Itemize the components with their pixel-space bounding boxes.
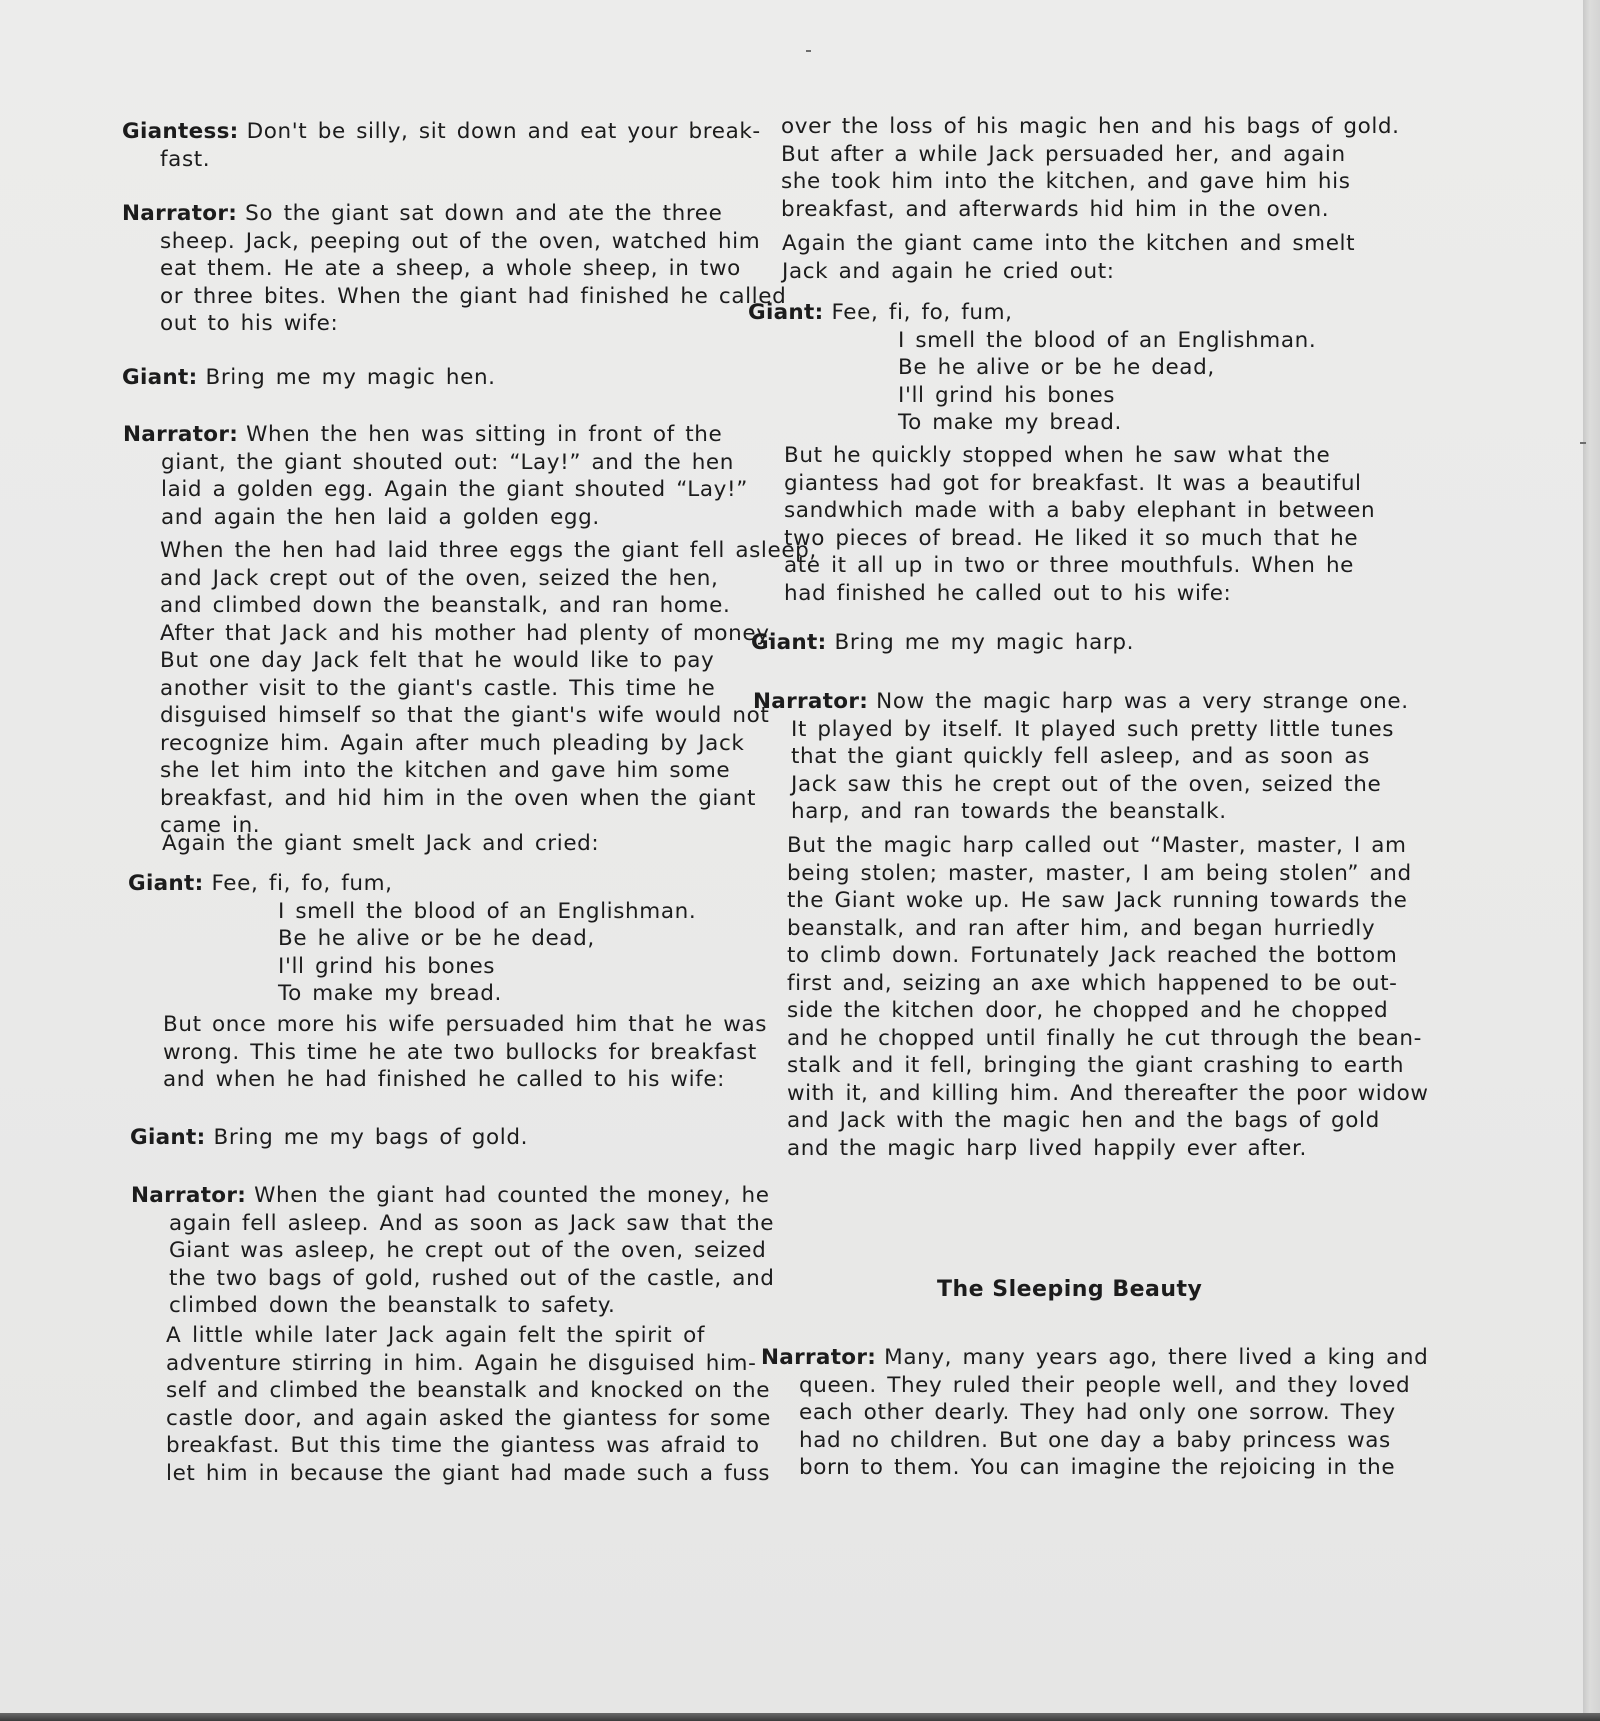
- verse-line: I'll grind his bones: [128, 953, 688, 981]
- text-line: Giant was asleep, he crept out of the ov…: [131, 1237, 704, 1265]
- line-text: and when he had finished he called to hi…: [163, 1067, 725, 1092]
- text-line: harp, and ran towards the beanstalk.: [753, 798, 1326, 826]
- line-text: and he chopped until finally he cut thro…: [787, 1026, 1422, 1051]
- line-text: laid a golden egg. Again the giant shout…: [161, 477, 748, 502]
- narration-paragraph: But he quickly stopped when he saw what …: [784, 442, 1321, 607]
- text-line: sheep. Jack, peeping out of the oven, wa…: [122, 228, 694, 256]
- text-line: Narrator:Now the magic harp was a very s…: [753, 688, 1326, 716]
- text-line: wrong. This time he ate two bullocks for…: [163, 1039, 702, 1067]
- line-text: After that Jack and his mother had plent…: [160, 621, 774, 646]
- line-text: climbed down the beanstalk to safety.: [169, 1293, 616, 1318]
- speaker-label: Narrator:: [122, 201, 237, 226]
- text-line: adventure stirring in him. Again he disg…: [166, 1350, 705, 1378]
- text-line: the two bags of gold, rushed out of the …: [131, 1265, 704, 1293]
- dialogue-block: Giant:Fee, fi, fo, fum,I smell the blood…: [128, 870, 688, 1008]
- line-text: But one day Jack felt that he would like…: [160, 648, 714, 673]
- text-line: Giant:Bring me my bags of gold.: [130, 1124, 690, 1152]
- text-line: and Jack with the magic hen and the bags…: [787, 1107, 1326, 1135]
- text-line: and Jack crept out of the oven, seized t…: [160, 565, 698, 593]
- narration-paragraph: A little while later Jack again felt the…: [166, 1322, 705, 1487]
- line-text: and the magic harp lived happily ever af…: [787, 1136, 1307, 1161]
- text-line: But once more his wife persuaded him tha…: [163, 1011, 702, 1039]
- line-text: giantess had got for breakfast. It was a…: [784, 471, 1362, 496]
- text-line: But after a while Jack persuaded her, an…: [781, 141, 1320, 169]
- line-text: So the giant sat down and ate the three: [245, 201, 722, 226]
- text-line: ate it all up in two or three mouthfuls.…: [784, 552, 1321, 580]
- text-line: the Giant woke up. He saw Jack running t…: [787, 887, 1326, 915]
- line-text: wrong. This time he ate two bullocks for…: [163, 1040, 757, 1065]
- line-text: to climb down. Fortunately Jack reached …: [787, 943, 1397, 968]
- line-text: When the hen had laid three eggs the gia…: [160, 538, 817, 563]
- narration-paragraph: Again the giant came into the kitchen an…: [782, 230, 1319, 285]
- line-text: But after a while Jack persuaded her, an…: [781, 142, 1346, 167]
- line-text: beanstalk, and ran after him, and began …: [787, 916, 1375, 941]
- verse-line: I smell the blood of an Englishman.: [128, 898, 688, 926]
- verse-line: To make my bread.: [128, 980, 688, 1008]
- text-line: But one day Jack felt that he would like…: [160, 647, 698, 675]
- text-line: disguised himself so that the giant's wi…: [160, 702, 698, 730]
- speaker-label: Narrator:: [131, 1183, 246, 1208]
- line-text: Again the giant came into the kitchen an…: [782, 231, 1355, 256]
- line-text: two pieces of bread. He liked it so much…: [784, 526, 1358, 551]
- line-text: disguised himself so that the giant's wi…: [160, 703, 769, 728]
- text-line: fast.: [122, 146, 694, 174]
- text-line: sandwhich made with a baby elephant in b…: [784, 497, 1321, 525]
- line-text: Bring me my bags of gold.: [214, 1125, 529, 1150]
- line-text: Again the giant smelt Jack and cried:: [162, 831, 599, 856]
- text-line: beanstalk, and ran after him, and began …: [787, 915, 1326, 943]
- text-line: again fell asleep. And as soon as Jack s…: [131, 1210, 704, 1238]
- line-text: fast.: [160, 147, 210, 172]
- verse-line: I'll grind his bones: [748, 382, 1308, 410]
- line-text: breakfast. But this time the giantess wa…: [166, 1433, 760, 1458]
- line-text: recognize him. Again after much pleading…: [160, 731, 744, 756]
- text-line: Giant:Fee, fi, fo, fum,: [748, 299, 1308, 327]
- speaker-label: Giantess:: [122, 119, 239, 144]
- line-text: harp, and ran towards the beanstalk.: [791, 799, 1227, 824]
- line-text: A little while later Jack again felt the…: [166, 1323, 705, 1348]
- line-text: and climbed down the beanstalk, and ran …: [160, 593, 730, 618]
- verse-line: I smell the blood of an Englishman.: [748, 327, 1308, 355]
- dialogue-block: Giant:Bring me my magic harp.: [751, 629, 1311, 657]
- verse-line: Be he alive or be he dead,: [128, 925, 688, 953]
- text-line: It played by itself. It played such pret…: [753, 716, 1326, 744]
- line-text: or three bites. When the giant had finis…: [160, 284, 786, 309]
- line-text: queen. They ruled their people well, and…: [799, 1373, 1410, 1398]
- line-text: and Jack crept out of the oven, seized t…: [160, 566, 718, 591]
- text-line: to climb down. Fortunately Jack reached …: [787, 942, 1326, 970]
- line-text: side the kitchen door, he chopped and he…: [787, 998, 1388, 1023]
- line-text: When the hen was sitting in front of the: [246, 422, 722, 447]
- text-line: laid a golden egg. Again the giant shout…: [123, 476, 695, 504]
- text-line: Giantess:Don't be silly, sit down and ea…: [122, 118, 694, 146]
- line-text: Now the magic harp was a very strange on…: [876, 689, 1408, 714]
- text-line: and the magic harp lived happily ever af…: [787, 1135, 1326, 1163]
- line-text: stalk and it fell, bringing the giant cr…: [787, 1053, 1404, 1078]
- narration-paragraph: over the loss of his magic hen and his b…: [781, 113, 1320, 223]
- line-text: the Giant woke up. He saw Jack running t…: [787, 888, 1407, 913]
- text-line: Giant:Bring me my magic hen.: [122, 364, 694, 392]
- line-text: Giant was asleep, he crept out of the ov…: [169, 1238, 766, 1263]
- line-text: Fee, fi, fo, fum,: [212, 871, 393, 896]
- speaker-label: Giant:: [122, 365, 198, 390]
- text-line: Narrator:When the hen was sitting in fro…: [123, 421, 695, 449]
- line-text: But once more his wife persuaded him tha…: [163, 1012, 767, 1037]
- text-line: first and, seizing an axe which happened…: [787, 970, 1326, 998]
- text-line: Giant:Fee, fi, fo, fum,: [128, 870, 688, 898]
- text-line: had no children. But one day a baby prin…: [761, 1427, 1331, 1455]
- text-line: and climbed down the beanstalk, and ran …: [160, 592, 698, 620]
- text-line: that the giant quickly fell asleep, and …: [753, 743, 1326, 771]
- speaker-label: Giant:: [751, 630, 827, 655]
- line-text: Bring me my magic harp.: [835, 630, 1135, 655]
- dialogue-block: Giant:Fee, fi, fo, fum,I smell the blood…: [748, 299, 1308, 437]
- line-text: breakfast, and afterwards hid him in the…: [781, 197, 1329, 222]
- dialogue-block: Narrator:Many, many years ago, there liv…: [761, 1344, 1331, 1482]
- line-text: Many, many years ago, there lived a king…: [884, 1345, 1428, 1370]
- text-line: queen. They ruled their people well, and…: [761, 1372, 1331, 1400]
- text-line: each other dearly. They had only one sor…: [761, 1399, 1331, 1427]
- text-line: and he chopped until finally he cut thro…: [787, 1025, 1326, 1053]
- text-line: she took him into the kitchen, and gave …: [781, 168, 1320, 196]
- speaker-label: Giant:: [128, 871, 204, 896]
- line-text: Jack and again he cried out:: [782, 259, 1115, 284]
- verse-line: Be he alive or be he dead,: [748, 354, 1308, 382]
- text-line: she let him into the kitchen and gave hi…: [160, 757, 698, 785]
- text-line: Jack and again he cried out:: [782, 258, 1319, 286]
- section-title: The Sleeping Beauty: [937, 1277, 1202, 1302]
- line-text: self and climbed the beanstalk and knock…: [166, 1378, 770, 1403]
- speck-mark: [1580, 442, 1586, 444]
- text-line: and again the hen laid a golden egg.: [123, 504, 695, 532]
- line-text: Jack saw this he crept out of the oven, …: [791, 772, 1381, 797]
- line-text: had finished he called out to his wife:: [784, 581, 1231, 606]
- line-text: It played by itself. It played such pret…: [791, 717, 1394, 742]
- line-text: Bring me my magic hen.: [206, 365, 496, 390]
- line-text: Don't be silly, sit down and eat your br…: [247, 119, 761, 144]
- text-line: Again the giant came into the kitchen an…: [782, 230, 1319, 258]
- text-line: born to them. You can imagine the rejoic…: [761, 1454, 1331, 1482]
- text-line: had finished he called out to his wife:: [784, 580, 1321, 608]
- text-line: Narrator:Many, many years ago, there liv…: [761, 1344, 1331, 1372]
- text-line: with it, and killing him. And thereafter…: [787, 1080, 1326, 1108]
- line-text: adventure stirring in him. Again he disg…: [166, 1351, 756, 1376]
- dialogue-block: Giant:Bring me my magic hen.: [122, 364, 694, 392]
- text-line: out to his wife:: [122, 310, 694, 338]
- line-text: giant, the giant shouted out: “Lay!” and…: [161, 450, 734, 475]
- line-text: with it, and killing him. And thereafter…: [787, 1081, 1429, 1106]
- text-line: Giant:Bring me my magic harp.: [751, 629, 1311, 657]
- line-text: let him in because the giant had made su…: [166, 1461, 770, 1486]
- page-edge-right: [1583, 0, 1600, 1721]
- text-line: But he quickly stopped when he saw what …: [784, 442, 1321, 470]
- narration-paragraph: Again the giant smelt Jack and cried:: [162, 830, 582, 858]
- line-text: being stolen; master, master, I am being…: [787, 861, 1412, 886]
- line-text: eat them. He ate a sheep, a whole sheep,…: [160, 256, 741, 281]
- text-line: stalk and it fell, bringing the giant cr…: [787, 1052, 1326, 1080]
- text-line: or three bites. When the giant had finis…: [122, 283, 694, 311]
- text-line: two pieces of bread. He liked it so much…: [784, 525, 1321, 553]
- line-text: sheep. Jack, peeping out of the oven, wa…: [160, 229, 760, 254]
- line-text: first and, seizing an axe which happened…: [787, 971, 1398, 996]
- text-line: another visit to the giant's castle. Thi…: [160, 675, 698, 703]
- line-text: born to them. You can imagine the rejoic…: [799, 1455, 1395, 1480]
- line-text: she let him into the kitchen and gave hi…: [160, 758, 730, 783]
- line-text: sandwhich made with a baby elephant in b…: [784, 498, 1375, 523]
- text-line: giant, the giant shouted out: “Lay!” and…: [123, 449, 695, 477]
- narration-paragraph: When the hen had laid three eggs the gia…: [160, 537, 698, 840]
- dialogue-block: Giantess:Don't be silly, sit down and ea…: [122, 118, 694, 173]
- text-line: castle door, and again asked the giantes…: [166, 1405, 705, 1433]
- verse-line: To make my bread.: [748, 409, 1308, 437]
- dialogue-block: Narrator:When the giant had counted the …: [131, 1182, 704, 1320]
- text-line: self and climbed the beanstalk and knock…: [166, 1377, 705, 1405]
- speaker-label: Narrator:: [761, 1345, 876, 1370]
- text-line: But the magic harp called out “Master, m…: [787, 832, 1326, 860]
- speaker-label: Giant:: [748, 300, 824, 325]
- line-text: Fee, fi, fo, fum,: [832, 300, 1013, 325]
- text-line: breakfast, and hid him in the oven when …: [160, 785, 698, 813]
- text-line: let him in because the giant had made su…: [166, 1460, 705, 1488]
- line-text: But the magic harp called out “Master, m…: [787, 833, 1407, 858]
- text-line: Narrator:So the giant sat down and ate t…: [122, 200, 694, 228]
- text-line: breakfast, and afterwards hid him in the…: [781, 196, 1320, 224]
- line-text: she took him into the kitchen, and gave …: [781, 169, 1351, 194]
- line-text: and Jack with the magic hen and the bags…: [787, 1108, 1380, 1133]
- speaker-label: Giant:: [130, 1125, 206, 1150]
- dialogue-block: Narrator:So the giant sat down and ate t…: [122, 200, 694, 338]
- line-text: ate it all up in two or three mouthfuls.…: [784, 553, 1354, 578]
- line-text: over the loss of his magic hen and his b…: [781, 114, 1400, 139]
- text-line: recognize him. Again after much pleading…: [160, 730, 698, 758]
- text-line: When the hen had laid three eggs the gia…: [160, 537, 698, 565]
- text-line: A little while later Jack again felt the…: [166, 1322, 705, 1350]
- page-edge-bottom: [0, 1713, 1600, 1721]
- speck-mark: [806, 50, 811, 52]
- line-text: and again the hen laid a golden egg.: [161, 505, 600, 530]
- narration-paragraph: But once more his wife persuaded him tha…: [163, 1011, 702, 1094]
- text-line: breakfast. But this time the giantess wa…: [166, 1432, 705, 1460]
- line-text: castle door, and again asked the giantes…: [166, 1406, 771, 1431]
- text-line: eat them. He ate a sheep, a whole sheep,…: [122, 255, 694, 283]
- text-line: being stolen; master, master, I am being…: [787, 860, 1326, 888]
- text-line: giantess had got for breakfast. It was a…: [784, 470, 1321, 498]
- text-line: climbed down the beanstalk to safety.: [131, 1292, 704, 1320]
- line-text: out to his wife:: [160, 311, 338, 336]
- dialogue-block: Narrator:When the hen was sitting in fro…: [123, 421, 695, 531]
- text-line: side the kitchen door, he chopped and he…: [787, 997, 1326, 1025]
- text-line: Narrator:When the giant had counted the …: [131, 1182, 704, 1210]
- narration-paragraph: But the magic harp called out “Master, m…: [787, 832, 1326, 1162]
- line-text: breakfast, and hid him in the oven when …: [160, 786, 756, 811]
- text-line: After that Jack and his mother had plent…: [160, 620, 698, 648]
- dialogue-block: Narrator:Now the magic harp was a very s…: [753, 688, 1326, 826]
- line-text: each other dearly. They had only one sor…: [799, 1400, 1396, 1425]
- line-text: But he quickly stopped when he saw what …: [784, 443, 1330, 468]
- text-line: Again the giant smelt Jack and cried:: [162, 830, 582, 858]
- line-text: When the giant had counted the money, he: [254, 1183, 769, 1208]
- text-line: and when he had finished he called to hi…: [163, 1066, 702, 1094]
- speaker-label: Narrator:: [123, 422, 238, 447]
- text-line: over the loss of his magic hen and his b…: [781, 113, 1320, 141]
- line-text: the two bags of gold, rushed out of the …: [169, 1266, 775, 1291]
- speaker-label: Narrator:: [753, 689, 868, 714]
- line-text: again fell asleep. And as soon as Jack s…: [169, 1211, 774, 1236]
- dialogue-block: Giant:Bring me my bags of gold.: [130, 1124, 690, 1152]
- line-text: that the giant quickly fell asleep, and …: [791, 744, 1370, 769]
- line-text: had no children. But one day a baby prin…: [799, 1428, 1391, 1453]
- line-text: another visit to the giant's castle. Thi…: [160, 676, 715, 701]
- text-line: Jack saw this he crept out of the oven, …: [753, 771, 1326, 799]
